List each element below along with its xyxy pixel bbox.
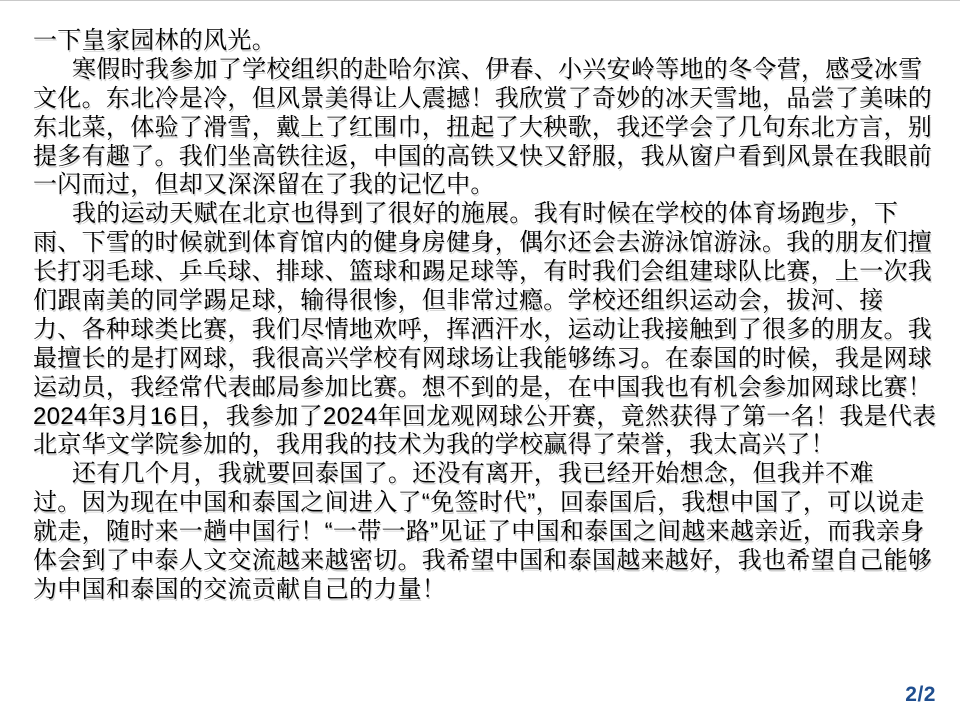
text-line: 一下皇家园林的风光。 (33, 27, 938, 56)
text-line: 北京华文学院参加的，我用我的技术为我的学校赢得了荣誉，我太高兴了！ (33, 431, 938, 460)
text-line: 文化。东北冷是冷，但风景美得让人震撼！我欣赏了奇妙的冰天雪地，品尝了美味的 (33, 85, 938, 114)
text-line: 最擅长的是打网球，我很高兴学校有网球场让我能够练习。在泰国的时候，我是网球 (33, 345, 938, 374)
text-line: 寒假时我参加了学校组织的赴哈尔滨、伊春、小兴安岭等地的冬令营，感受冰雪 (33, 56, 938, 85)
text-line: 力、各种球类比赛，我们尽情地欢呼，挥洒汗水，运动让我接触到了很多的朋友。我 (33, 316, 938, 345)
text-line: 就走，随时来一趟中国行！“一带一路”见证了中国和泰国之间越来越亲近，而我亲身 (33, 518, 938, 547)
text-line: 东北菜，体验了滑雪，戴上了红围巾，扭起了大秧歌，我还学会了几句东北方言，别 (33, 114, 938, 143)
essay-text: 一下皇家园林的风光。 寒假时我参加了学校组织的赴哈尔滨、伊春、小兴安岭等地的冬令… (33, 27, 938, 605)
text-line: 长打羽毛球、乒乓球、排球、篮球和踢足球等，有时我们会组建球队比赛，上一次我 (33, 258, 938, 287)
text-line: 雨、下雪的时候就到体育馆内的健身房健身，偶尔还会去游泳馆游泳。我的朋友们擅 (33, 229, 938, 258)
text-line: 体会到了中泰人文交流越来越密切。我希望中国和泰国越来越好，我也希望自己能够 (33, 547, 938, 576)
text-line: 运动员，我经常代表邮局参加比赛。想不到的是，在中国我也有机会参加网球比赛！ (33, 374, 938, 403)
text-line: 2024年3月16日，我参加了2024年回龙观网球公开赛，竟然获得了第一名！我是… (33, 403, 938, 432)
text-line: 我的运动天赋在北京也得到了很好的施展。我有时候在学校的体育场跑步，下 (33, 200, 938, 229)
slide: 一下皇家园林的风光。 寒假时我参加了学校组织的赴哈尔滨、伊春、小兴安岭等地的冬令… (0, 0, 960, 720)
text-line: 提多有趣了。我们坐高铁往返，中国的高铁又快又舒服，我从窗户看到风景在我眼前 (33, 143, 938, 172)
text-line: 还有几个月，我就要回泰国了。还没有离开，我已经开始想念，但我并不难 (33, 460, 938, 489)
text-line: 一闪而过，但却又深深留在了我的记忆中。 (33, 171, 938, 200)
text-line: 们跟南美的同学踢足球，输得很惨，但非常过瘾。学校还组织运动会，拔河、接 (33, 287, 938, 316)
text-line: 过。因为现在中国和泰国之间进入了“免签时代”，回泰国后，我想中国了，可以说走 (33, 489, 938, 518)
page-number: 2/2 (905, 683, 936, 707)
text-line: 为中国和泰国的交流贡献自己的力量！ (33, 576, 938, 605)
